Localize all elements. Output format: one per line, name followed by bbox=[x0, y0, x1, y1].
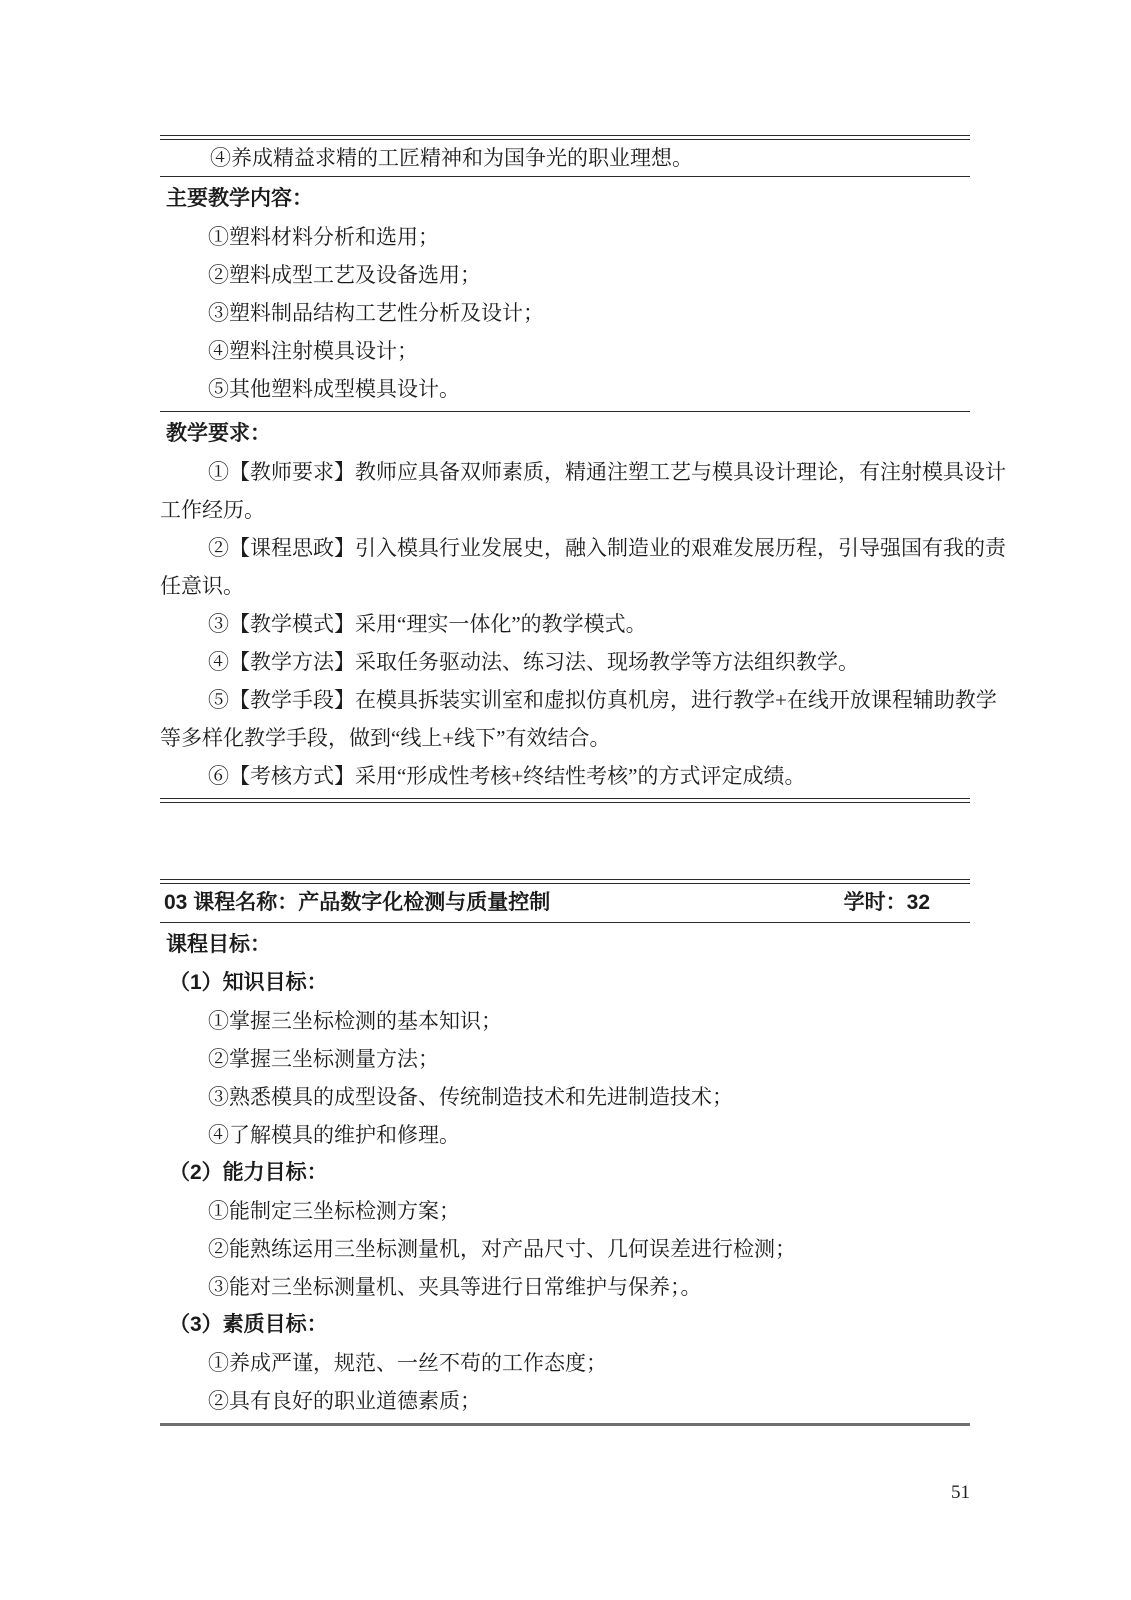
quality-objectives-header: （3）素质目标： bbox=[160, 1306, 970, 1344]
inter-table-gap bbox=[160, 803, 970, 879]
requirement-line: 等多样化教学手段，做到“线上+线下”有效结合。 bbox=[160, 719, 970, 757]
knowledge-objective-item: ②掌握三坐标测量方法； bbox=[160, 1040, 970, 1078]
course-objectives-header: 课程目标： bbox=[160, 926, 970, 964]
content-item: ③塑料制品结构工艺性分析及设计； bbox=[160, 294, 970, 332]
quality-objective-item: ①养成严谨，规范、一丝不苟的工作态度； bbox=[160, 1344, 970, 1382]
requirement-line: ③【教学模式】采用“理实一体化”的教学模式。 bbox=[160, 605, 970, 643]
main-teaching-content-header: 主要教学内容： bbox=[160, 180, 970, 218]
ability-objective-item: ②能熟练运用三坐标测量机，对产品尺寸、几何误差进行检测； bbox=[160, 1230, 970, 1268]
table2-page-cut-rule bbox=[160, 1423, 970, 1426]
knowledge-objective-item: ③熟悉模具的成型设备、传统制造技术和先进制造技术； bbox=[160, 1078, 970, 1116]
carryover-objective-line: ④养成精益求精的工匠精神和为国争光的职业理想。 bbox=[160, 140, 970, 176]
course-hours: 学时：32 bbox=[844, 884, 930, 922]
content-item: ⑤其他塑料成型模具设计。 bbox=[160, 370, 970, 408]
page-number: 51 bbox=[160, 1482, 970, 1504]
requirement-line: ⑥【考核方式】采用“形成性考核+终结性考核”的方式评定成绩。 bbox=[160, 757, 970, 795]
knowledge-objective-item: ①掌握三坐标检测的基本知识； bbox=[160, 1002, 970, 1040]
main-teaching-content-section: 主要教学内容： ①塑料材料分析和选用； ②塑料成型工艺及设备选用； ③塑料制品结… bbox=[160, 177, 970, 411]
knowledge-objective-item: ④了解模具的维护和修理。 bbox=[160, 1116, 970, 1154]
ability-objectives-header: （2）能力目标： bbox=[160, 1154, 970, 1192]
teaching-requirements-section: 教学要求： ①【教师要求】教师应具备双师素质，精通注塑工艺与模具设计理论，有注射… bbox=[160, 412, 970, 798]
ability-objective-item: ③能对三坐标测量机、夹具等进行日常维护与保养；。 bbox=[160, 1268, 970, 1306]
requirement-line: ④【教学方法】采取任务驱动法、练习法、现场教学等方法组织教学。 bbox=[160, 643, 970, 681]
ability-objective-item: ①能制定三坐标检测方案； bbox=[160, 1192, 970, 1230]
requirement-line: ⑤【教学手段】在模具拆装实训室和虚拟仿真机房，进行教学+在线开放课程辅助教学 bbox=[160, 681, 970, 719]
requirement-line: ①【教师要求】教师应具备双师素质，精通注塑工艺与模具设计理论，有注射模具设计 bbox=[160, 453, 970, 491]
course-title: 03 课程名称：产品数字化检测与质量控制 bbox=[160, 884, 550, 922]
requirement-line: 任意识。 bbox=[160, 567, 970, 605]
teaching-requirements-header: 教学要求： bbox=[160, 415, 970, 453]
document-page: ④养成精益求精的工匠精神和为国争光的职业理想。 主要教学内容： ①塑料材料分析和… bbox=[160, 135, 970, 1426]
course-objectives-section: 课程目标： （1）知识目标： ①掌握三坐标检测的基本知识； ②掌握三坐标测量方法… bbox=[160, 923, 970, 1423]
requirement-line: 工作经历。 bbox=[160, 491, 970, 529]
course-header-row: 03 课程名称：产品数字化检测与质量控制 学时：32 bbox=[160, 884, 970, 922]
content-item: ④塑料注射模具设计； bbox=[160, 332, 970, 370]
content-item: ①塑料材料分析和选用； bbox=[160, 218, 970, 256]
requirement-line: ②【课程思政】引入模具行业发展史，融入制造业的艰难发展历程，引导强国有我的责 bbox=[160, 529, 970, 567]
knowledge-objectives-header: （1）知识目标： bbox=[160, 964, 970, 1002]
content-item: ②塑料成型工艺及设备选用； bbox=[160, 256, 970, 294]
quality-objective-item: ②具有良好的职业道德素质； bbox=[160, 1382, 970, 1420]
